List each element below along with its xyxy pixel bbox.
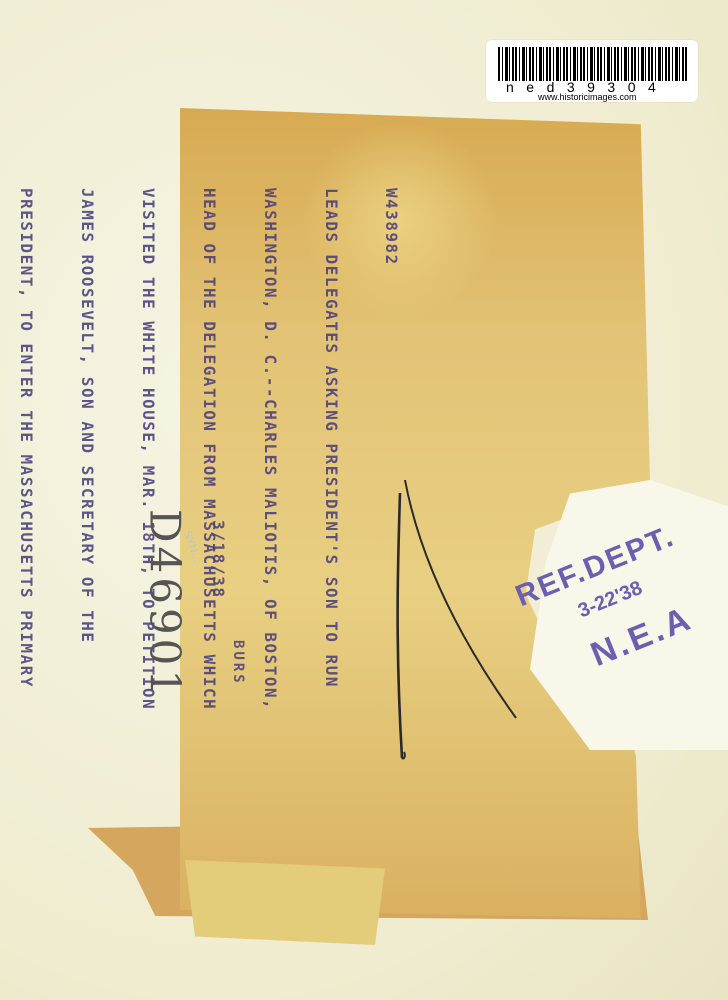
handwritten-number: D46901 xyxy=(141,505,190,705)
pen-mark xyxy=(0,0,728,1000)
